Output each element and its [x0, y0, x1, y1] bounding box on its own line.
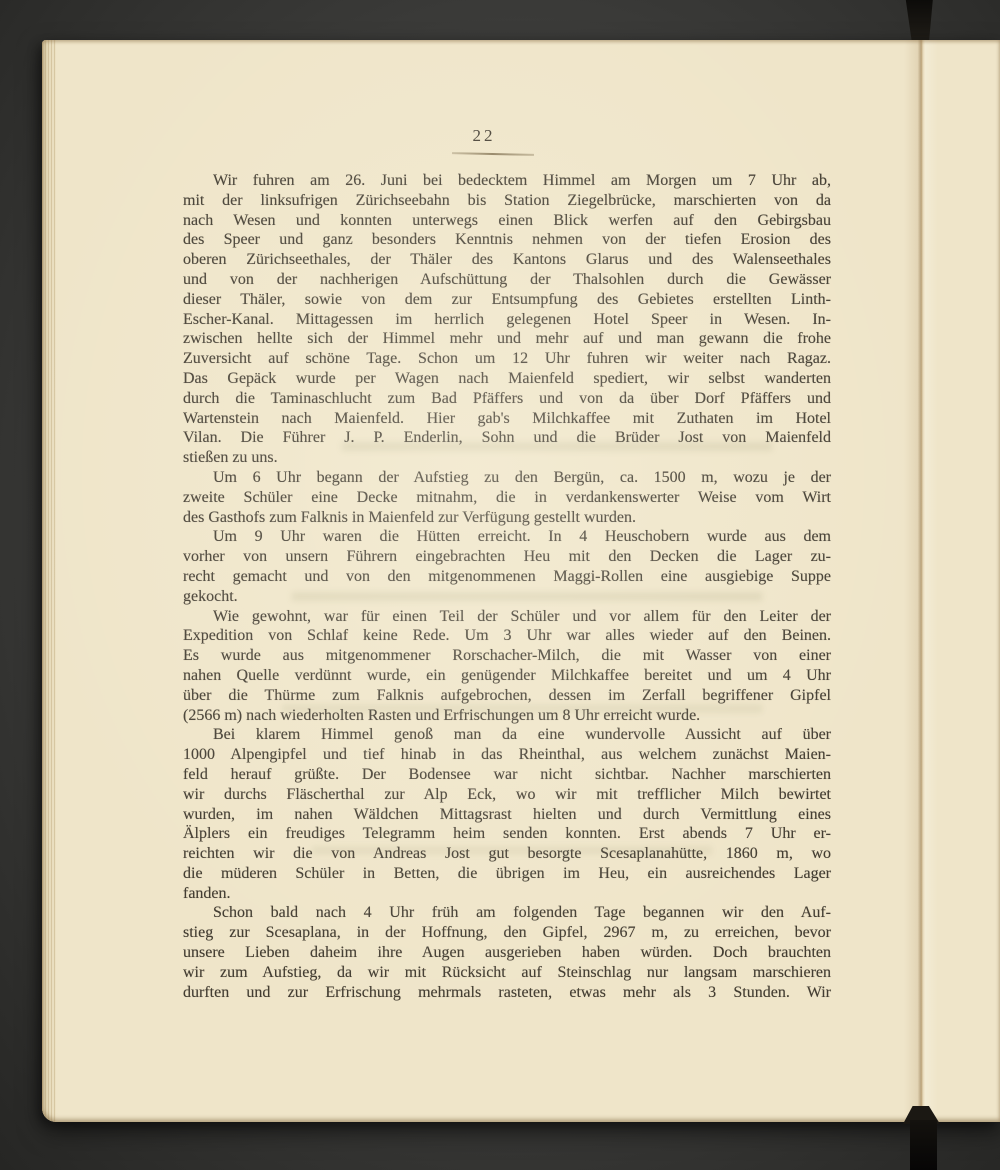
text-line: des Gasthofs zum Falknis in Maienfeld zu… [183, 508, 831, 528]
text-line: Wir fuhren am 26. Juni bei bedecktem Him… [183, 171, 831, 191]
text-line: wir durchs Fläscherthal zur Alp Eck, wo … [183, 785, 831, 805]
text-line: gekocht. [183, 587, 831, 607]
page-number: 22 [434, 126, 534, 146]
gutter-crease [904, 40, 938, 1122]
text-line: Vilan. Die Führer J. P. Enderlin, Sohn u… [183, 428, 831, 448]
text-line: recht gemacht und von den mitgenommenen … [183, 567, 831, 587]
text-line: Wie gewohnt, war für einen Teil der Schü… [183, 607, 831, 627]
text-line: über die Thürme zum Falknis aufgebrochen… [183, 686, 831, 706]
text-line: unsere Lieben daheim ihre Augen ausgerie… [183, 943, 831, 963]
text-line: mit der linksufrigen Zürichseebahn bis S… [183, 191, 831, 211]
text-line: durch die Taminaschlucht zum Bad Pfäffer… [183, 389, 831, 409]
text-line: fanden. [183, 884, 831, 904]
text-block: Wir fuhren am 26. Juni bei bedecktem Him… [183, 171, 831, 1002]
text-line: und von der nachherigen Aufschüttung der… [183, 270, 831, 290]
text-line: stieg zur Scesaplana, in der Hoffnung, d… [183, 923, 831, 943]
text-line: Zuversicht auf schöne Tage. Schon um 12 … [183, 349, 831, 369]
text-line: Bei klarem Himmel genoß man da eine wund… [183, 725, 831, 745]
text-line: nach Wesen und konnten unterwegs einen B… [183, 211, 831, 231]
photo-background: 22 Wir fuhren am 26. Juni bei bedecktem … [0, 0, 1000, 1170]
text-line: wurden, im nahen Wäldchen Mittagsrast hi… [183, 805, 831, 825]
text-line: dieser Thäler, sowie von dem zur Entsump… [183, 290, 831, 310]
bookmark-ribbon-bottom [910, 1120, 937, 1170]
page-number-rule [452, 152, 534, 156]
text-line: Älplers ein freudiges Telegramm heim sen… [183, 824, 831, 844]
book-page: 22 Wir fuhren am 26. Juni bei bedecktem … [42, 40, 1000, 1122]
text-line: Schon bald nach 4 Uhr früh am folgenden … [183, 903, 831, 923]
text-line: die müderen Schüler in Betten, die übrig… [183, 864, 831, 884]
text-line: (2566 m) nach wiederholten Rasten und Er… [183, 706, 831, 726]
text-line: feld herauf grüßte. Der Bodensee war nic… [183, 765, 831, 785]
text-line: 1000 Alpengipfel und tief hinab in das R… [183, 745, 831, 765]
text-line: Escher-Kanal. Mittagessen im herrlich ge… [183, 310, 831, 330]
text-line: vorher von unsern Führern eingebrachten … [183, 547, 831, 567]
page-edge-stack [42, 40, 56, 1122]
text-line: nahen Quelle verdünnt wurde, ein genügen… [183, 666, 831, 686]
text-line: reichten wir die von Andreas Jost gut be… [183, 844, 831, 864]
text-line: des Speer und ganz besonders Kenntnis ne… [183, 230, 831, 250]
text-line: zwischen hellte sich der Himmel mehr und… [183, 329, 831, 349]
text-line: Um 9 Uhr waren die Hütten erreicht. In 4… [183, 527, 831, 547]
text-line: Wartenstein nach Maienfeld. Hier gab's M… [183, 409, 831, 429]
text-line: oberen Zürichseethales, der Thäler des K… [183, 250, 831, 270]
text-line: Um 6 Uhr begann der Aufstieg zu den Berg… [183, 468, 831, 488]
text-line: Es wurde aus mitgenommener Rorschacher-M… [183, 646, 831, 666]
text-line: wir zum Aufstieg, da wir mit Rücksicht a… [183, 963, 831, 983]
text-line: zweite Schüler eine Decke mitnahm, die i… [183, 488, 831, 508]
text-line: Das Gepäck wurde per Wagen nach Maienfel… [183, 369, 831, 389]
text-line: Expedition von Schlaf keine Rede. Um 3 U… [183, 626, 831, 646]
text-line: stießen zu uns. [183, 448, 831, 468]
text-line: durften und zur Erfrischung mehrmals ras… [183, 983, 831, 1003]
